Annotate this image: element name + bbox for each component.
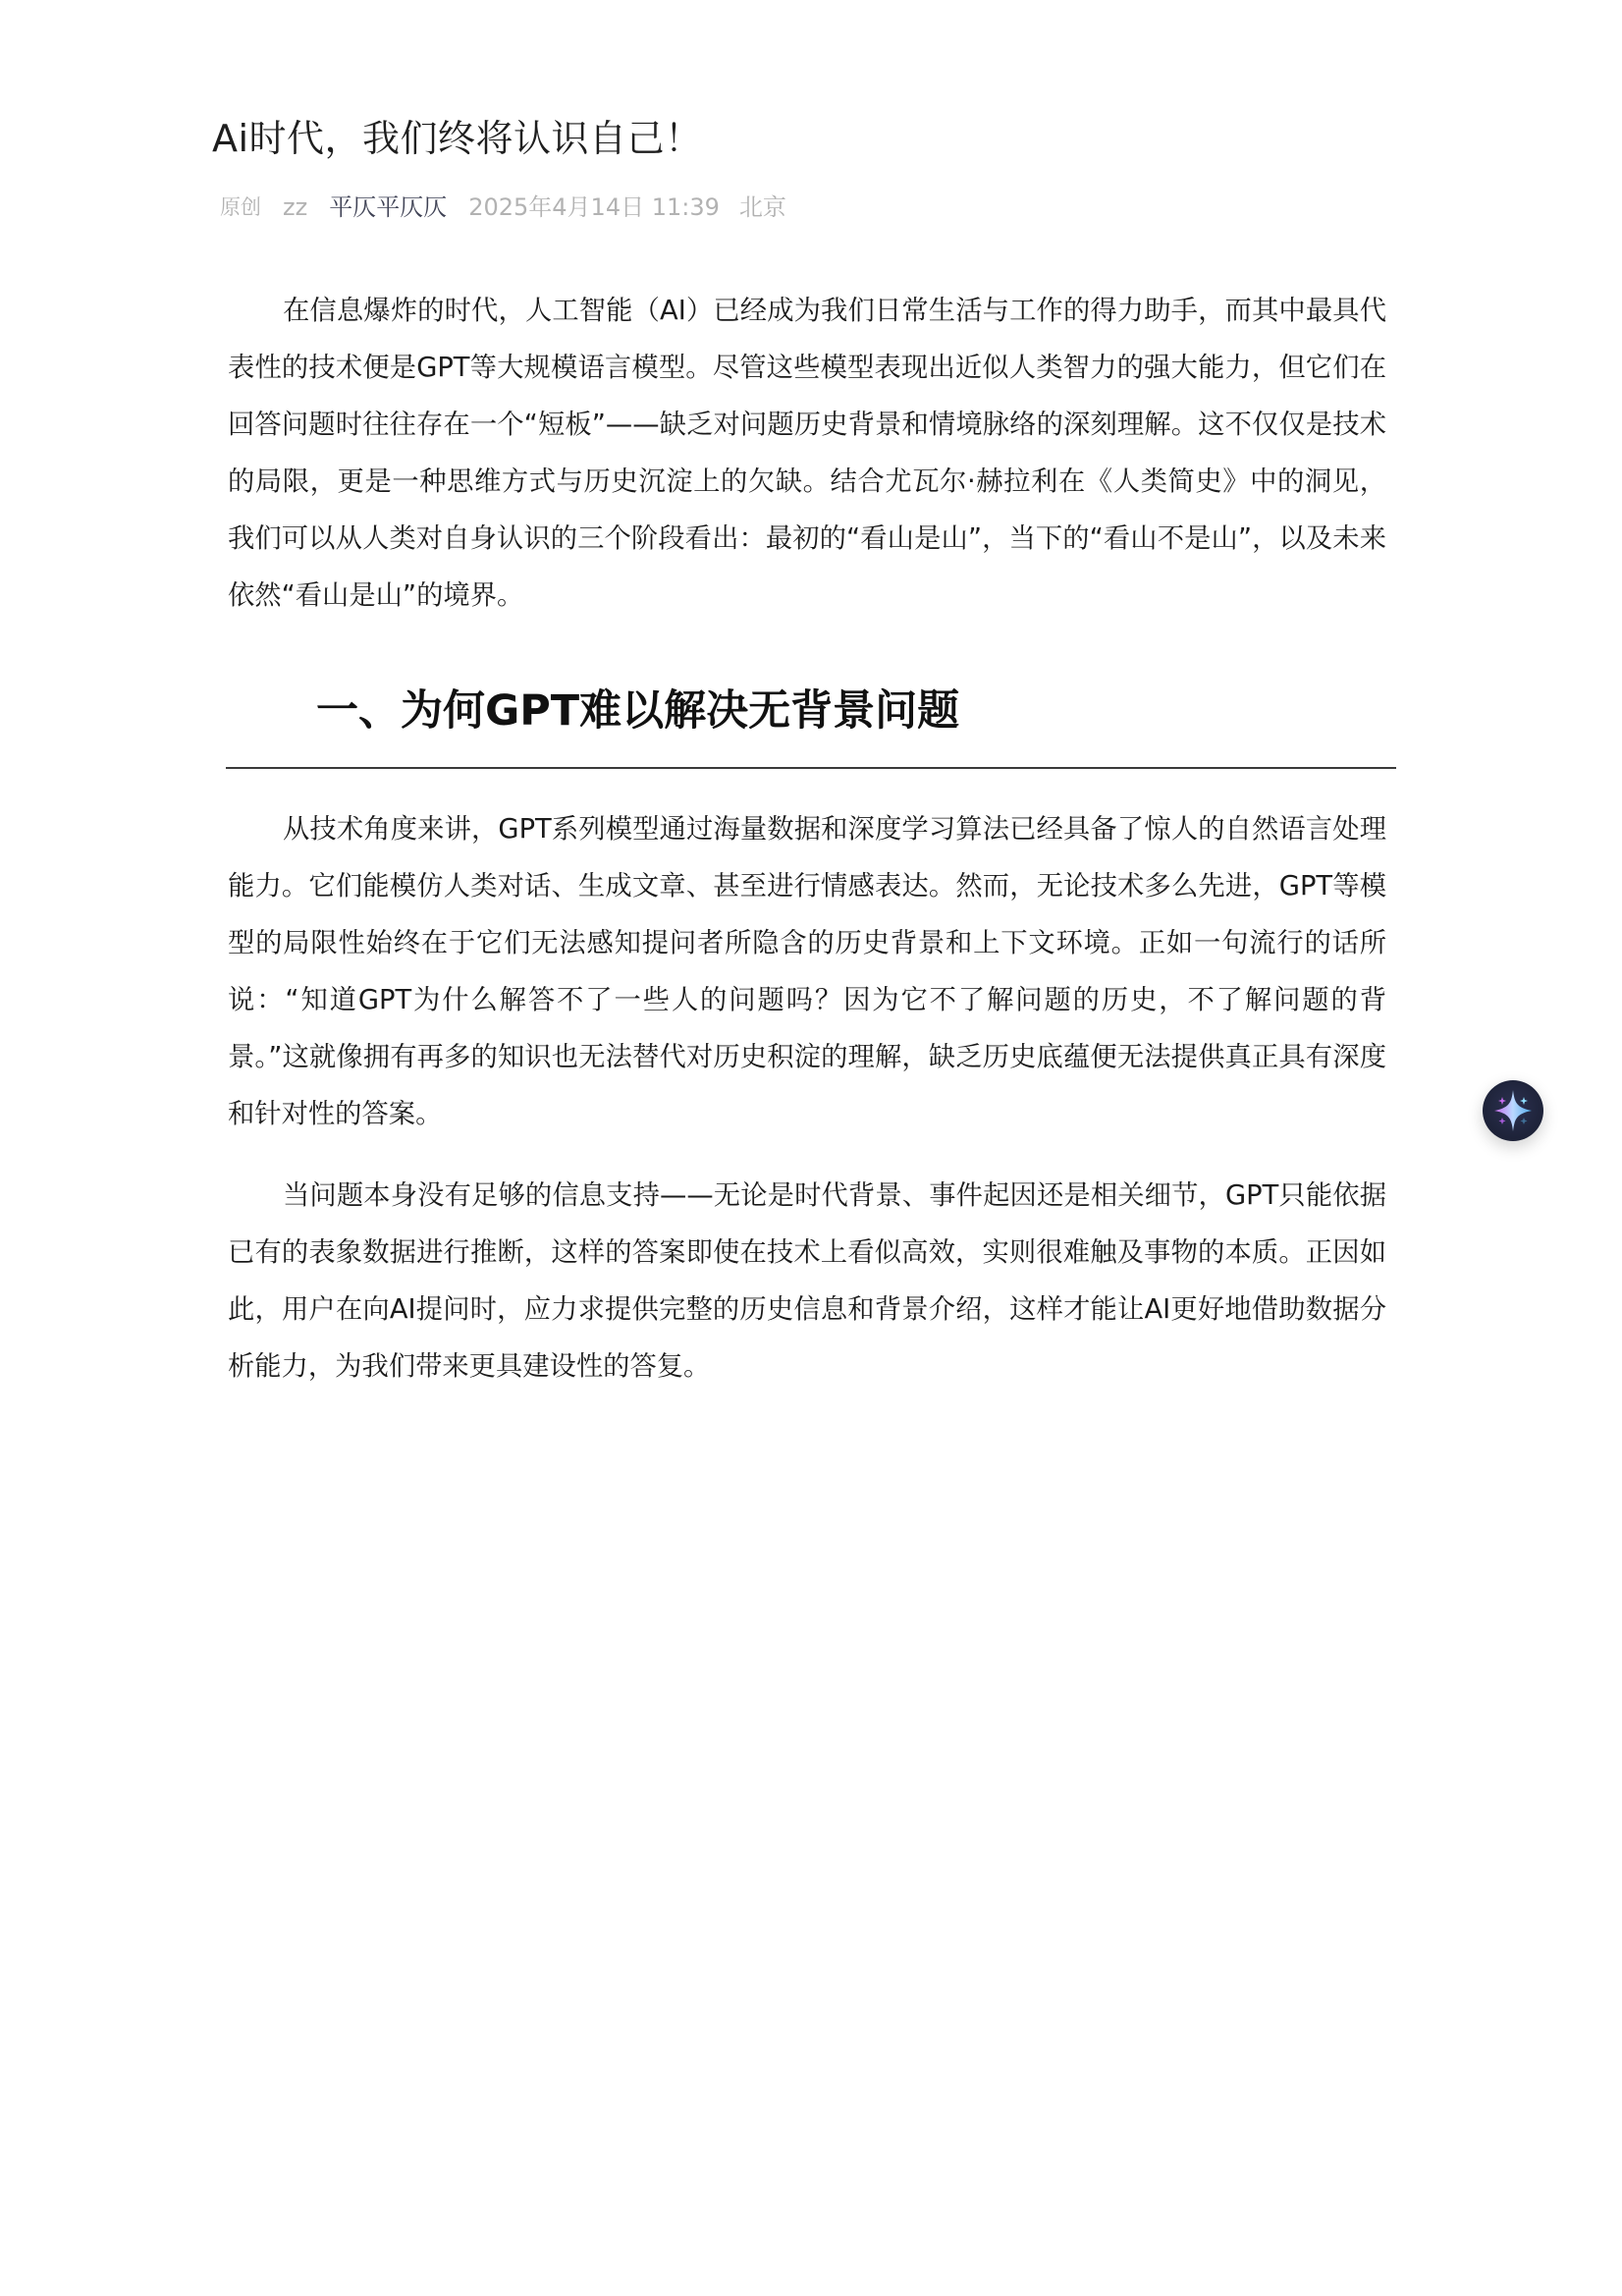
paragraph-body: 从技术角度来讲，GPT系列模型通过海量数据和深度学习算法已经具备了惊人的自然语言… bbox=[228, 801, 1386, 1143]
original-tag: 原创 bbox=[220, 191, 261, 223]
article-meta: 原创 zz 平仄平仄仄 2025年4月14日 11:39 北京 bbox=[220, 191, 786, 223]
publish-location: 北京 bbox=[739, 191, 786, 223]
account-name-link[interactable]: 平仄平仄仄 bbox=[329, 191, 447, 223]
section-divider bbox=[226, 767, 1396, 769]
paragraph-body: 当问题本身没有足够的信息支持——无论是时代背景、事件起因还是相关细节，GPT只能… bbox=[228, 1168, 1386, 1395]
article-container: Ai时代，我们终将认识自己！ 原创 zz 平仄平仄仄 2025年4月14日 11… bbox=[0, 0, 1622, 2296]
publish-date: 2025年4月14日 11:39 bbox=[468, 191, 720, 223]
ai-assistant-button[interactable] bbox=[1483, 1080, 1543, 1141]
author-nickname: zz bbox=[283, 191, 307, 223]
paragraph-intro: 在信息爆炸的时代，人工智能（AI）已经成为我们日常生活与工作的得力助手，而其中最… bbox=[228, 283, 1386, 625]
section-heading: 一、为何GPT难以解决无背景问题 bbox=[316, 683, 959, 738]
article-title: Ai时代，我们终将认识自己！ bbox=[212, 114, 703, 163]
sparkle-icon bbox=[1488, 1086, 1538, 1135]
